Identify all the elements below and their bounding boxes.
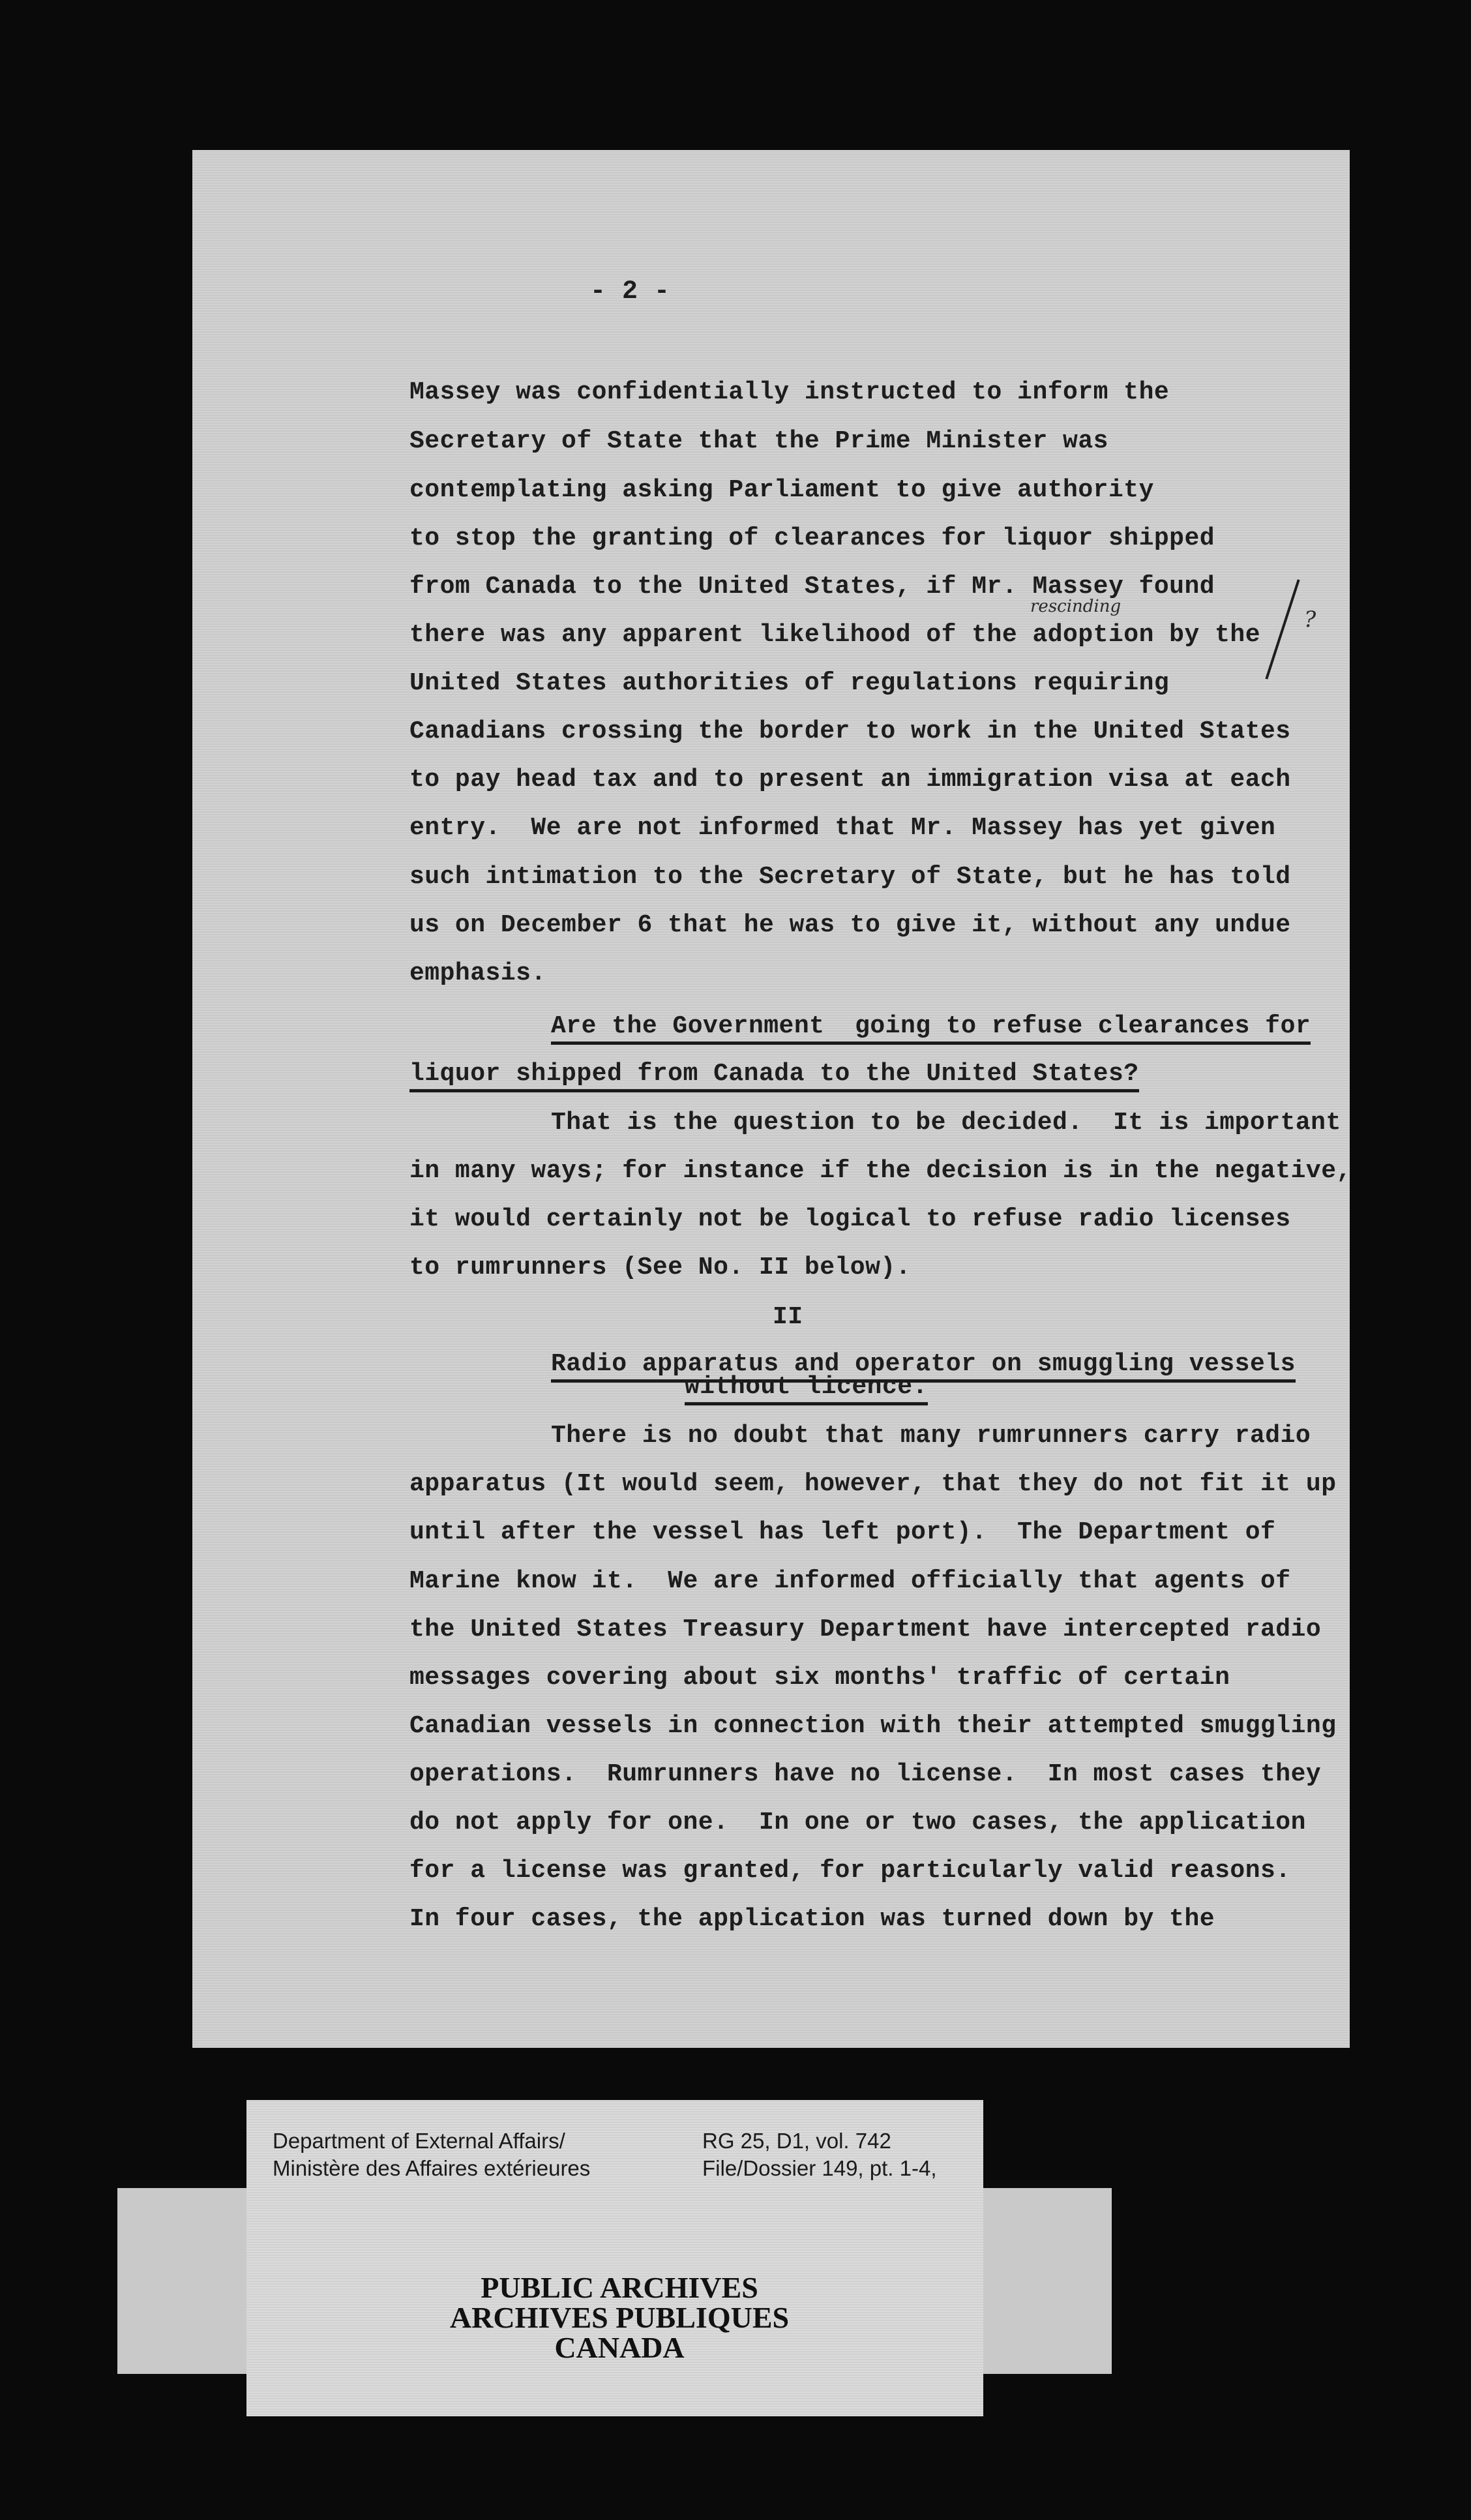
- section-heading: without licence.: [685, 1373, 928, 1405]
- text-line: apparatus (It would seem, however, that …: [409, 1470, 1337, 1498]
- question-heading: Are the Government going to refuse clear…: [551, 1012, 1311, 1045]
- text-line: to pay head tax and to present an immigr…: [409, 766, 1291, 794]
- text-line: entry. We are not informed that Mr. Mass…: [409, 814, 1275, 842]
- margin-question-mark: ?: [1304, 607, 1316, 633]
- question-heading: liquor shipped from Canada to the United…: [409, 1060, 1139, 1092]
- text-line: emphasis.: [409, 959, 546, 987]
- text-line: There is no doubt that many rumrunners c…: [551, 1422, 1311, 1450]
- text-line: Secretary of State that the Prime Minist…: [409, 427, 1108, 455]
- text-line: Marine know it. We are informed official…: [409, 1567, 1291, 1595]
- text-line: In four cases, the application was turne…: [409, 1905, 1215, 1933]
- public-archives-stamp: PUBLIC ARCHIVES ARCHIVES PUBLIQUES CANAD…: [417, 2273, 822, 2363]
- text-line: the United States Treasury Department ha…: [409, 1615, 1321, 1643]
- text-line: such intimation to the Secretary of Stat…: [409, 863, 1291, 891]
- text-line: in many ways; for instance if the decisi…: [409, 1157, 1352, 1185]
- page-number: - 2 -: [590, 277, 670, 307]
- text-line: messages covering about six months' traf…: [409, 1664, 1230, 1692]
- section-number: II: [773, 1303, 803, 1331]
- text-line: Massey was confidentially instructed to …: [409, 378, 1169, 406]
- text-line: for a license was granted, for particula…: [409, 1857, 1291, 1885]
- department-name: Department of External Affairs/Ministère…: [273, 2127, 590, 2182]
- handwritten-insertion: rescinding: [1030, 597, 1121, 616]
- text-line: there was any apparent likelihood of the…: [409, 621, 1260, 649]
- text-line: do not apply for one. In one or two case…: [409, 1808, 1306, 1837]
- text-line: to stop the granting of clearances for l…: [409, 524, 1215, 552]
- text-line: contemplating asking Parliament to give …: [409, 476, 1154, 504]
- text-line: United States authorities of regulations…: [409, 669, 1169, 697]
- text-line: operations. Rumrunners have no license. …: [409, 1760, 1321, 1788]
- text-line: That is the question to be decided. It i…: [551, 1109, 1341, 1137]
- text-line: Canadians crossing the border to work in…: [409, 717, 1291, 745]
- text-line: Canadian vessels in connection with thei…: [409, 1712, 1337, 1740]
- archive-reference: RG 25, D1, vol. 742File/Dossier 149, pt.…: [702, 2127, 937, 2182]
- text-line: it would certainly not be logical to ref…: [409, 1205, 1291, 1233]
- text-line: us on December 6 that he was to give it,…: [409, 911, 1291, 939]
- text-line: to rumrunners (See No. II below).: [409, 1253, 911, 1282]
- text-line: until after the vessel has left port). T…: [409, 1518, 1275, 1546]
